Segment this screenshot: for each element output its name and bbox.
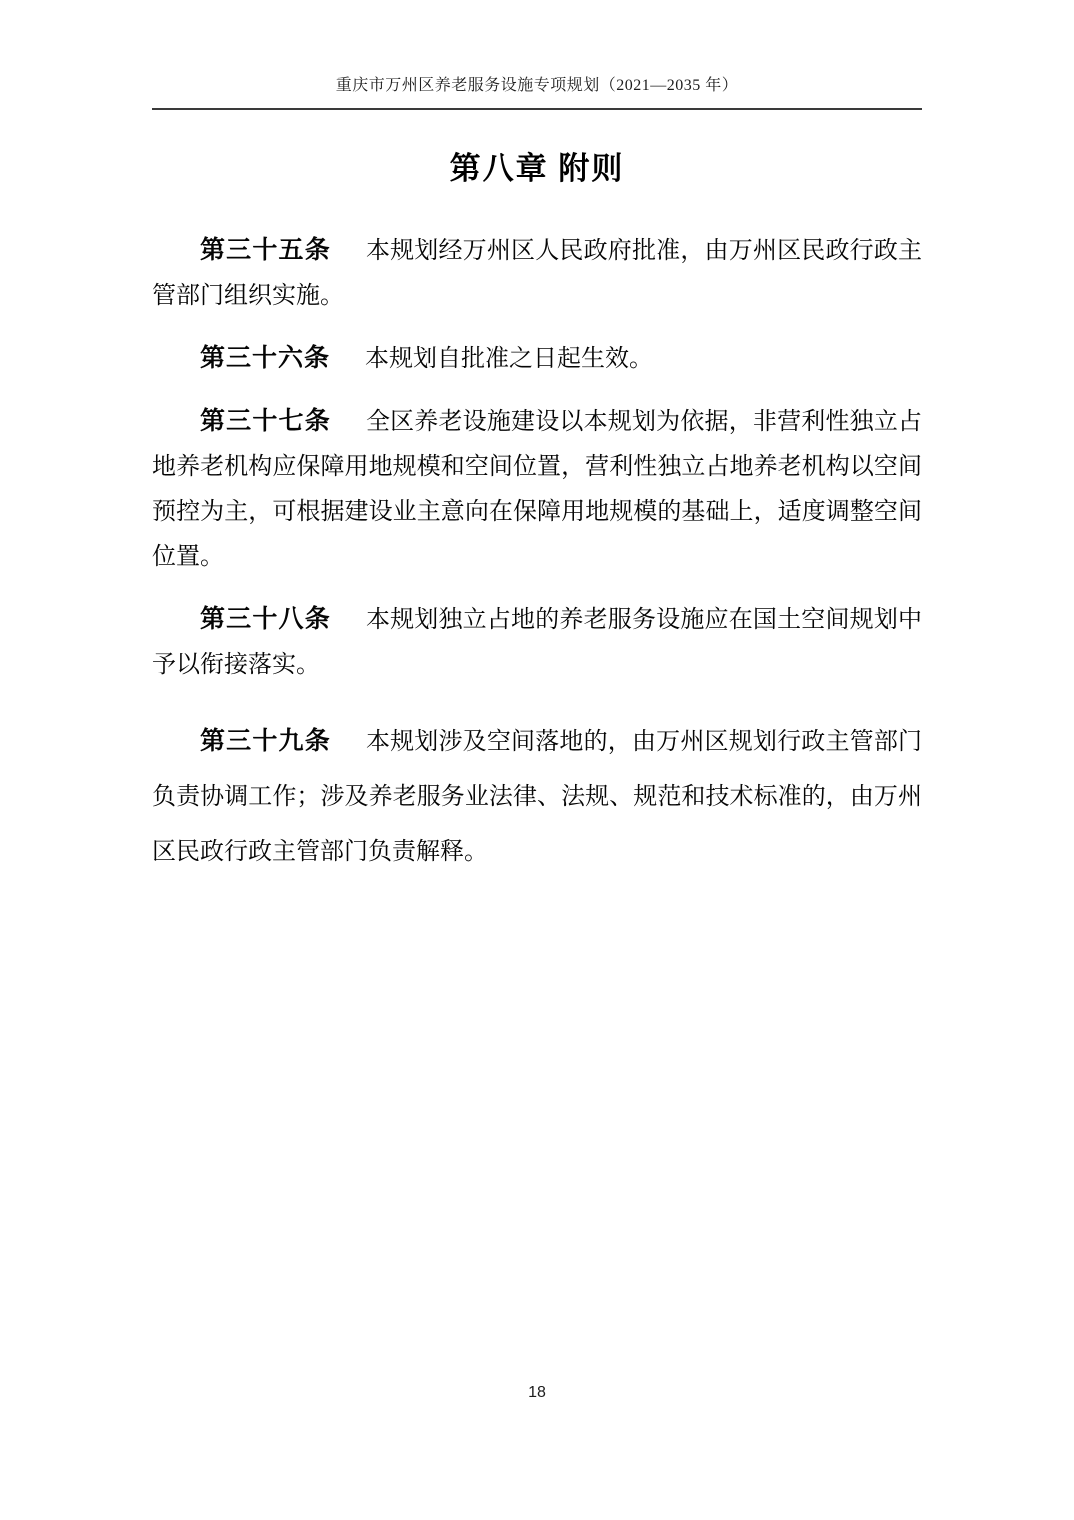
article-38-label: 第三十八条 — [200, 606, 331, 633]
document-page: 重庆市万州区养老服务设施专项规划（2021—2035 年） 第八章 附则 第三十… — [0, 0, 1074, 1520]
article-39-label: 第三十九条 — [200, 728, 331, 755]
article-37: 第三十七条全区养老设施建设以本规划为依据，非营利性独立占地养老机构应保障用地规模… — [152, 399, 922, 580]
article-36-text: 本规划自批准之日起生效。 — [365, 346, 653, 372]
running-header-title: 重庆市万州区养老服务设施专项规划（2021—2035 年） — [0, 0, 1074, 96]
header-rule — [152, 108, 922, 110]
document-body: 第八章 附则 第三十五条本规划经万州区人民政府批准，由万州区民政行政主管部门组织… — [152, 150, 922, 880]
article-39: 第三十九条本规划涉及空间落地的，由万州区规划行政主管部门负责协调工作；涉及养老服… — [152, 714, 922, 880]
chapter-title: 第八章 附则 — [152, 150, 922, 188]
page-header: 重庆市万州区养老服务设施专项规划（2021—2035 年） — [0, 0, 1074, 110]
page-number: 18 — [0, 1384, 1074, 1402]
article-35-label: 第三十五条 — [200, 237, 331, 264]
article-37-label: 第三十七条 — [200, 408, 331, 435]
articles-section: 第三十五条本规划经万州区人民政府批准，由万州区民政行政主管部门组织实施。 第三十… — [152, 228, 922, 880]
article-35: 第三十五条本规划经万州区人民政府批准，由万州区民政行政主管部门组织实施。 — [152, 228, 922, 319]
article-36-label: 第三十六条 — [200, 345, 330, 372]
article-38: 第三十八条本规划独立占地的养老服务设施应在国土空间规划中予以衔接落实。 — [152, 597, 922, 688]
article-36: 第三十六条本规划自批准之日起生效。 — [152, 336, 922, 382]
